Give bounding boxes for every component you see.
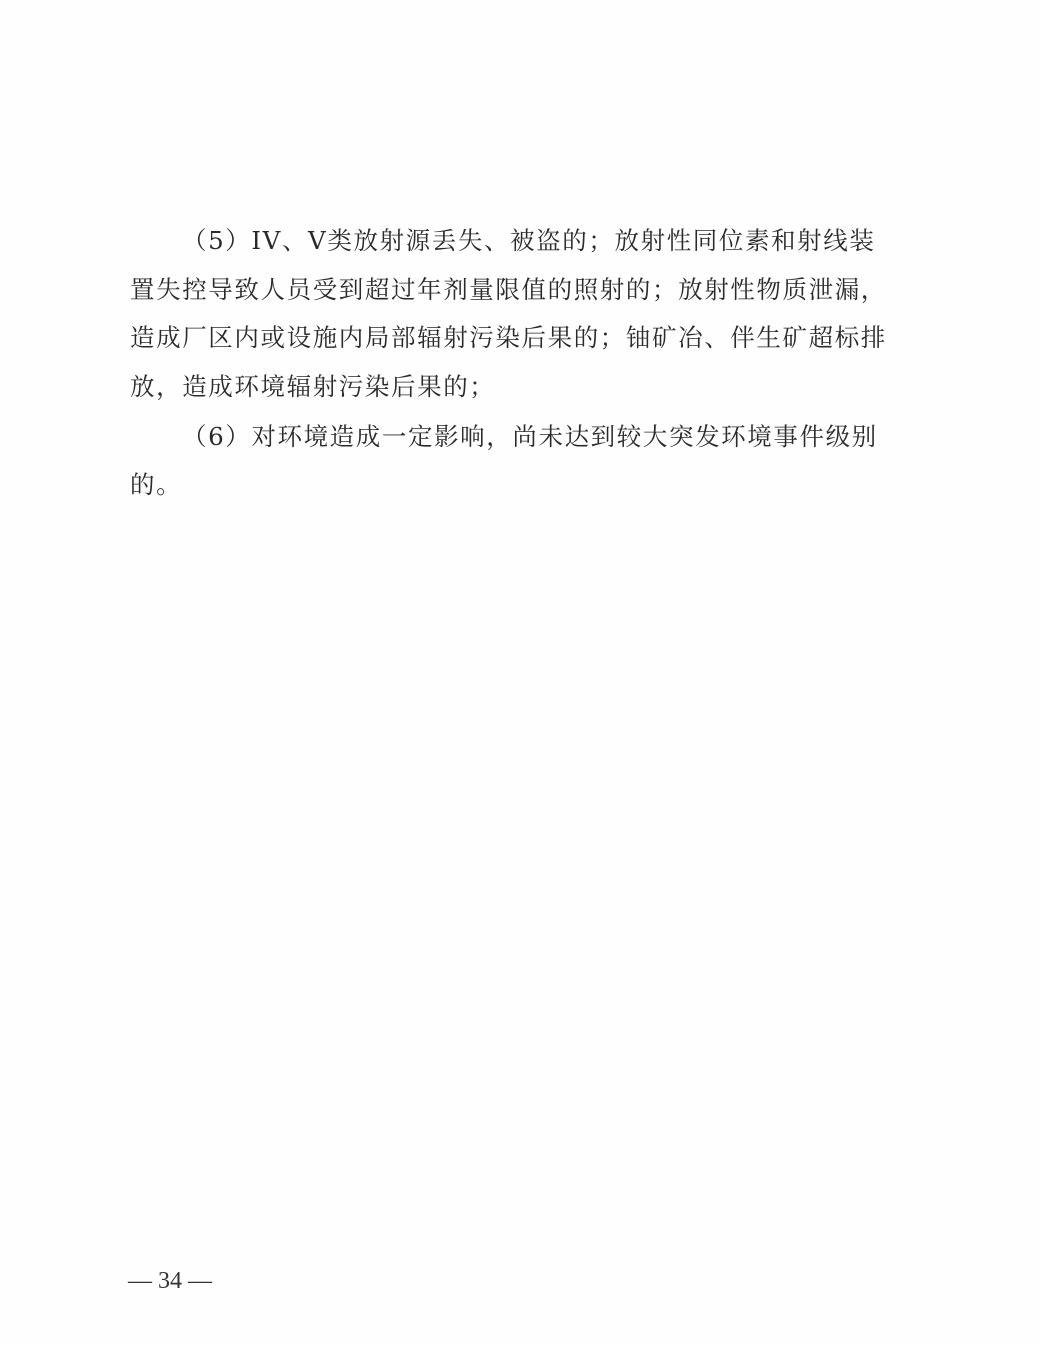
text-line: 置失控导致人员受到超过年剂量限值的照射的；放射性物质泄漏，: [130, 275, 875, 305]
text-line: （5）IV、V类放射源丢失、被盗的；放射性同位素和射线装: [182, 226, 875, 256]
text-line: 造成厂区内或设施内局部辐射污染后果的；铀矿冶、伴生矿超标排: [130, 323, 875, 353]
text-line: 的。: [130, 470, 182, 500]
page-number: — 34 —: [128, 1266, 212, 1296]
text-line: （6）对环境造成一定影响，尚未达到较大突发环境事件级别: [182, 422, 875, 452]
text-line: 放，造成环境辐射污染后果的；: [130, 372, 495, 402]
document-page: （5）IV、V类放射源丢失、被盗的；放射性同位素和射线装 置失控导致人员受到超过…: [0, 0, 1040, 1345]
